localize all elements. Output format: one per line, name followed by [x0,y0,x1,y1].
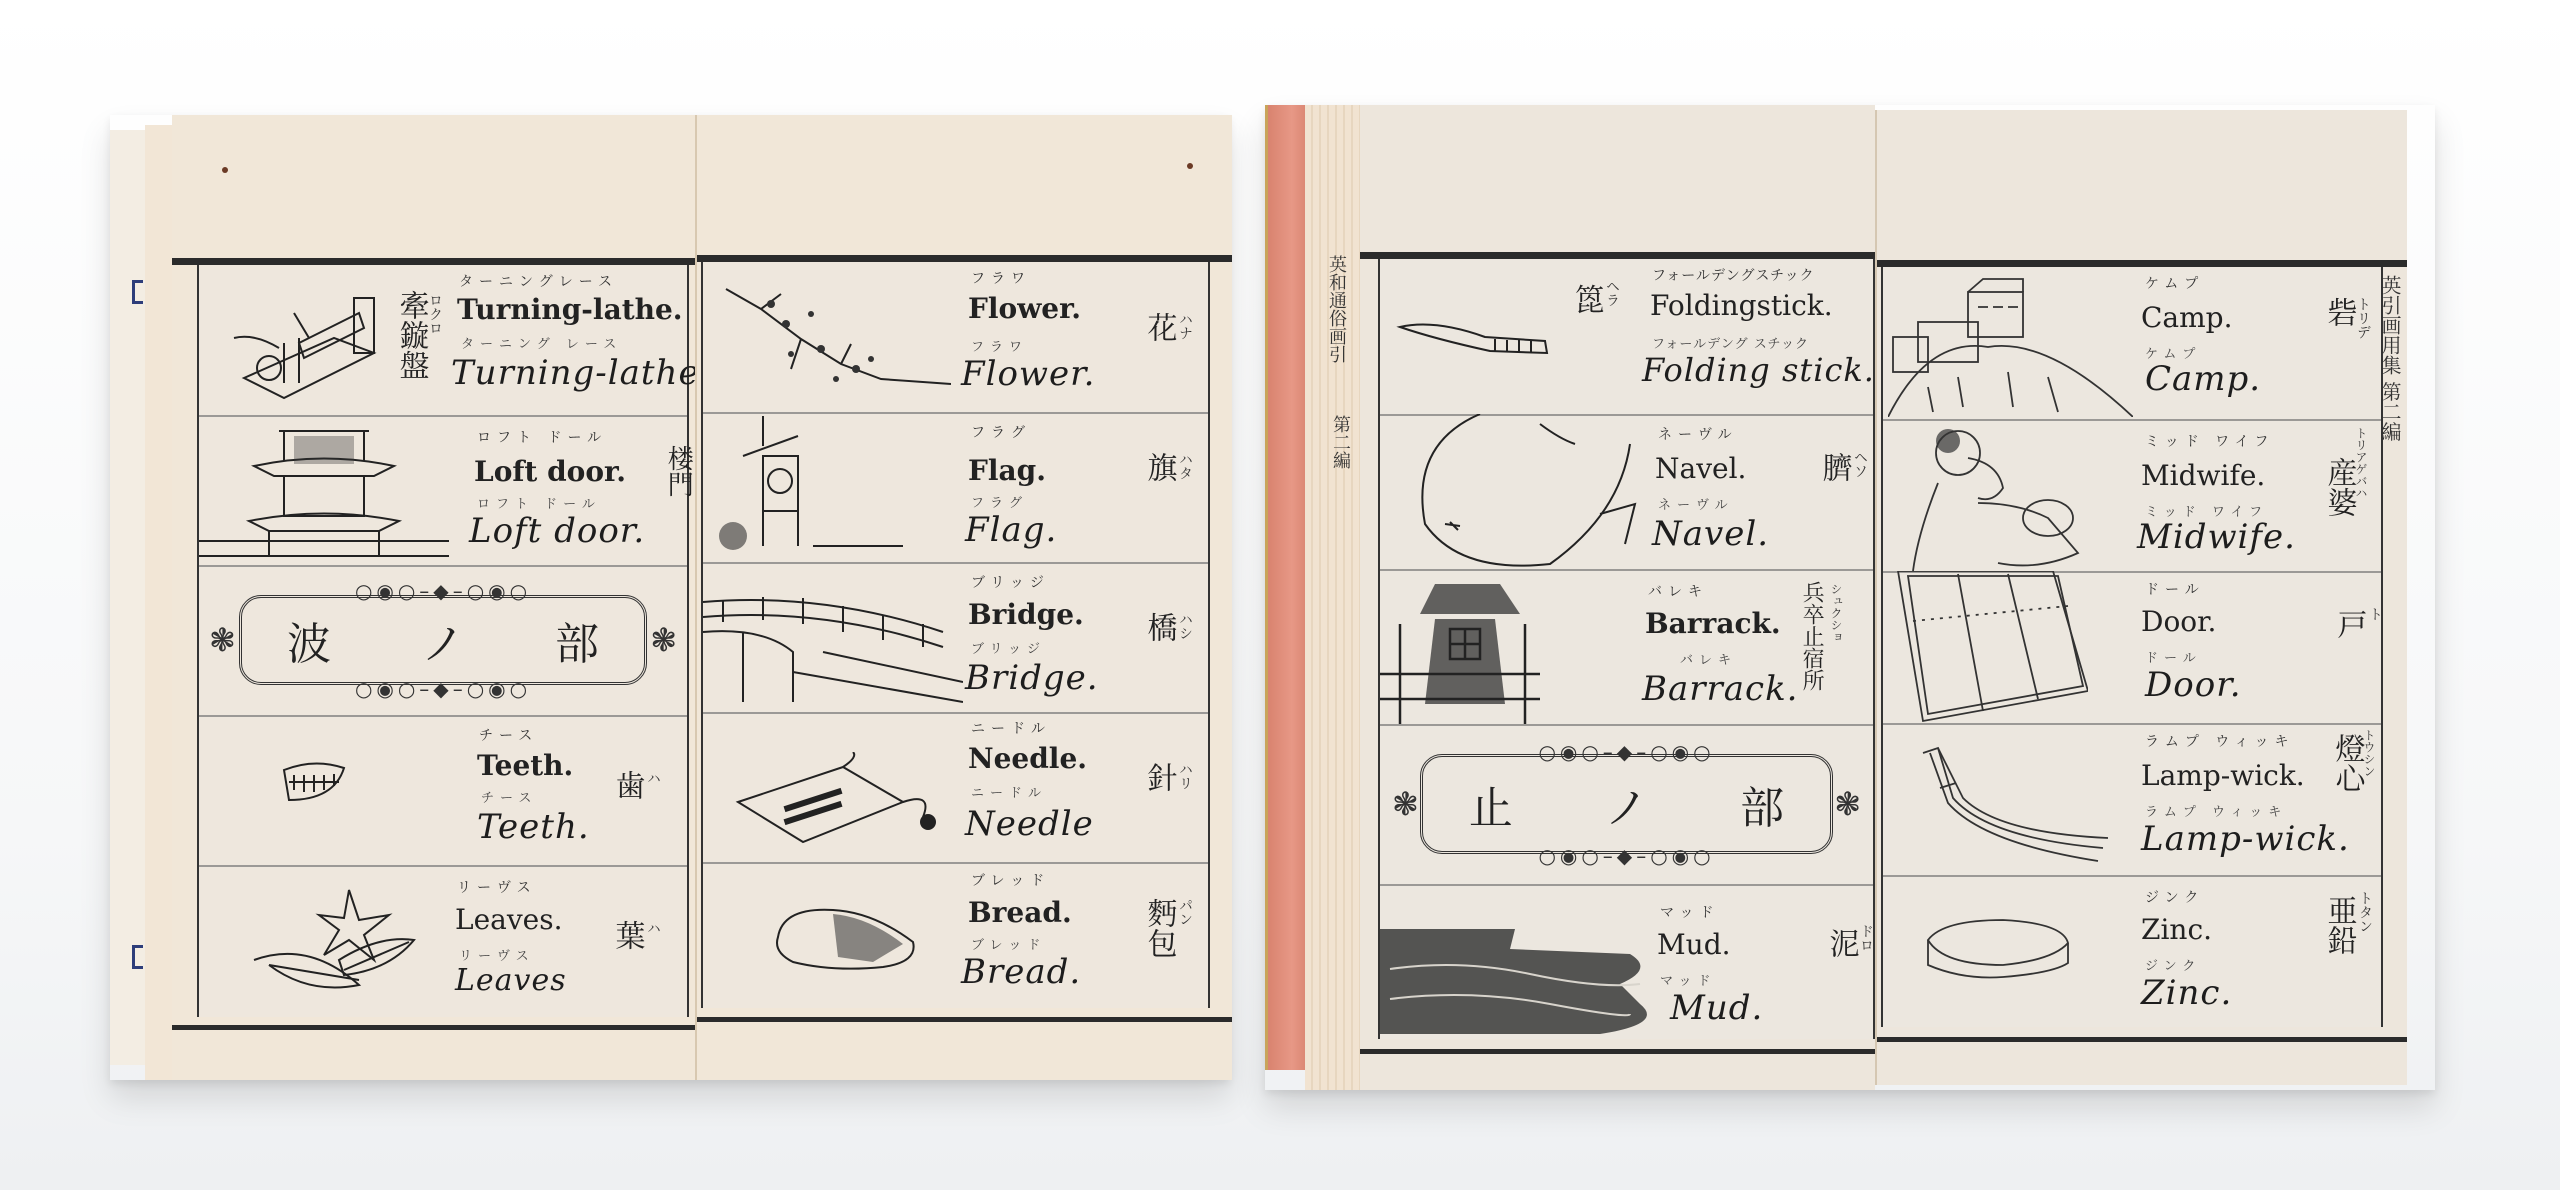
ornament-right: ❃ [650,621,677,659]
katakana-reading: リーヴス [459,945,535,964]
katakana-reading: ネーヴル [1658,424,1738,444]
katakana-reading: ロフト ドール [477,427,607,447]
teeth-illustration [279,760,349,810]
vocab-entry: ドール Door. ドール Door. 戸 ト [1883,571,2381,725]
kanji-reading: トウシン [2361,729,2378,777]
english-script: Flag. [965,510,1057,550]
katakana-reading: チース [481,787,537,806]
right-book: 英和通俗画引 第二編 箆 ヘラ フォールデングスチック Foldingstick… [1265,105,2435,1090]
kanji: 葉 [611,920,643,950]
kanji: 箆 [1570,284,1602,314]
castle-on-hill-illustration [1888,277,2133,417]
katakana-reading: ニードル [971,782,1047,801]
english-word: Teeth. [477,749,573,782]
katakana-reading: フォールデング スチック [1652,333,1809,352]
kanji: 麪包 [1143,898,1175,958]
wormhole [222,167,228,173]
section-char: 部 [555,608,599,672]
vocab-entry: ブレッド Bread. ブレッド Bread. 麪包 パン [703,862,1208,1008]
flag-illustration [713,416,903,556]
entry-column: ロクロ 牽鏇盤 ターニングレース Turning-lathe. ターニング レー… [197,265,689,1017]
vocab-entry: ラムプ ウィッキ Lamp-wick. ラムプ ウィッキ Lamp-wick. … [1883,723,2381,877]
page-stack-edge [1305,105,1361,1090]
katakana-reading: チース [479,725,538,745]
kanji: 橋 [1143,612,1175,642]
kanji: 臍 [1818,452,1850,482]
kanji-reading: パン [1175,898,1195,926]
katakana-reading: ラムプ ウィッキ [2145,731,2294,751]
english-script: Door. [2145,665,2242,705]
vocab-entry: チース Teeth. チース Teeth. 歯 ハ [199,715,687,867]
kanji-reading: トリアゲバハ [2353,427,2370,499]
vocab-entry: ミッド ワイフ Midwife. ミッド ワイフ Midwife. 産婆 トリア… [1883,419,2381,573]
section-header: ○◉○–◆–○◉○ 止 ノ 部 ○◉○–◆–○◉○ ❃ ❃ [1380,724,1873,886]
katakana-reading: ネーヴル [1658,494,1734,513]
kanji-reading: トタン [2355,891,2375,933]
english-word: Flower. [968,292,1081,325]
kanji: 花 [1143,312,1175,342]
vocab-entry: Loft door. ロフト ドール ロフト ドール Loft door. 楼門 [199,415,687,567]
lantern-barrack-illustration [1380,574,1540,724]
katakana-reading: ジンク [2145,887,2204,907]
kanji: 戸 [2333,609,2365,639]
english-word: Bridge. [968,598,1084,631]
english-script: Folding stick. [1642,351,1875,389]
english-word: Barrack. [1645,607,1781,640]
kanji-reading: ヘラ [1602,279,1622,307]
door-panel-illustration [1888,571,2088,723]
vocab-entry: バレキ Barrack. バレキ Barrack. 兵卒止宿所 シュクショ [1380,569,1873,726]
english-word: Midwife. [2141,459,2265,492]
blossom-branch-illustration [721,284,951,394]
gate-tower-illustration [199,421,449,561]
kanji-reading: ハシ [1175,612,1195,640]
kanji-reading: ハ [643,921,663,935]
katakana-reading: ロフト ドール [477,493,601,512]
kanji-reading: ハナ [1175,312,1195,340]
katakana-reading: リーヴス [457,877,537,897]
english-script: Midwife. [2137,517,2296,557]
kanji: 旗 [1143,452,1175,482]
vocab-entry: マッド Mud. マッド Mud. 泥 ドロ [1380,884,1873,1039]
english-word: Mud. [1657,928,1731,961]
english-word: Zinc. [2141,913,2212,946]
katakana-reading: ケムプ [2145,273,2204,293]
english-word: Door. [2141,605,2216,638]
mud-illustration [1380,929,1650,1039]
entry-column: 箆 ヘラ フォールデングスチック Foldingstick. フォールデング ス… [1378,259,1875,1039]
katakana-reading: ドール [2145,579,2205,599]
belly-illustration [1400,414,1640,569]
english-script: Mud. [1670,988,1763,1028]
ornament-bottom: ○◉○–◆–○◉○ [355,677,531,701]
english-script: Zinc. [2141,973,2232,1013]
volume-label-edge: 第二編 [1327,415,1353,469]
katakana-reading: ターニングレース [459,271,618,291]
english-word: Camp. [2141,301,2233,334]
turning-lathe-illustration [224,283,394,403]
bread-loaf-illustration [773,902,923,977]
kanji: 針 [1143,762,1175,792]
english-word: Flag. [968,454,1046,487]
left-book-left-page: ロクロ 牽鏇盤 ターニングレース Turning-lathe. ターニング レー… [172,115,695,1080]
ornament-right: ❃ [1834,785,1861,823]
english-script: Barrack. [1642,669,1798,709]
kanji-reading: ハタ [1175,452,1195,480]
kanji: 亜鉛 [2323,895,2355,955]
left-book-cover-edge [110,130,146,1065]
entry-column: フラワ Flower. フラワ Flower. 花 ハナ フラグ Flag. フ… [701,262,1210,1008]
katakana-reading: マッド [1660,902,1719,922]
kanji-reading: ハ [643,771,663,785]
kanji: 牽鏇盤 [395,290,427,380]
english-script: Camp. [2145,359,2261,399]
vocab-entry: リーヴス Leaves. リーヴス Leaves 葉 ハ [199,865,687,1017]
kanji: 産婆 [2323,457,2355,517]
katakana-reading: ニードル [971,718,1051,738]
red-book-cover [1265,105,1308,1070]
katakana-reading: ブリッジ [971,638,1046,657]
bridge-illustration [703,592,963,707]
english-word: Leaves. [455,903,563,936]
english-script: Bridge. [965,658,1099,698]
running-title-margin: 英引画用集 第二編 [2376,275,2405,635]
english-word: Bread. [968,896,1072,929]
right-book-right-page: ケムプ Camp. ケムプ Camp. 砦 トリデ ミッド ワイフ Midwif… [1875,110,2407,1085]
vocab-entry: ジンク Zinc. ジンク Zinc. 亜鉛 トタン [1883,875,2381,1027]
zinc-ingot-illustration [1923,915,2073,980]
binding-mark [132,945,143,969]
katakana-reading: フラグ [971,492,1028,511]
vocab-entry: ブリッジ Bridge. ブリッジ Bridge. 橋 ハシ [703,562,1208,714]
kanji-reading: シュクショ [1828,583,1845,643]
english-script: Navel. [1652,514,1769,554]
folding-stick-illustration [1395,319,1555,359]
english-word: Navel. [1655,452,1746,485]
english-word: Turning-lathe. [457,293,683,326]
section-char: ノ [1604,772,1648,836]
katakana-reading: フォールデングスチック [1652,265,1815,285]
section-cartouche: 波 ノ 部 [239,595,647,685]
kanji: 燈心 [2331,733,2363,793]
katakana-reading: バレキ [1648,581,1708,601]
section-cartouche: 止 ノ 部 [1420,754,1833,854]
vocab-entry: フラワ Flower. フラワ Flower. 花 ハナ [703,262,1208,414]
katakana-reading: ブレッド [971,870,1050,890]
english-script: Turning-lathe [451,353,700,393]
english-word: Foldingstick. [1650,289,1833,322]
left-book-right-page: フラワ Flower. フラワ Flower. 花 ハナ フラグ Flag. フ… [695,115,1232,1080]
section-char: 波 [287,608,331,672]
section-char: 部 [1740,772,1784,836]
ornament-left: ❃ [1392,785,1419,823]
midwife-with-baby-illustration [1908,423,2098,571]
entry-column: ケムプ Camp. ケムプ Camp. 砦 トリデ ミッド ワイフ Midwif… [1881,267,2383,1027]
wormhole [1187,163,1193,169]
english-word: Needle. [968,742,1087,775]
katakana-reading: ラムプ ウィッキ [2145,801,2287,820]
ornament-bottom: ○◉○–◆–○◉○ [1538,844,1714,868]
english-script: Loft door. [469,511,645,551]
vocab-entry: ケムプ Camp. ケムプ Camp. 砦 トリデ [1883,267,2381,421]
katakana-reading: マッド [1660,970,1716,989]
kanji-reading: ドロ [1856,924,1876,952]
kanji-reading: トリデ [2353,297,2373,339]
needle-packet-illustration [733,752,953,852]
kanji: 砦 [2323,297,2355,327]
katakana-reading: フラワ [971,268,1031,288]
english-script: Leaves [455,963,567,998]
english-script: Lamp-wick. [2141,819,2350,859]
katakana-reading: フラグ [971,422,1031,442]
ornament-left: ❃ [209,621,236,659]
vocab-entry: フラグ Flag. フラグ Flag. 旗 ハタ [703,412,1208,564]
section-char: 止 [1469,772,1513,836]
leaves-illustration [249,880,419,1000]
katakana-reading: バレキ [1680,649,1737,668]
lamp-wick-illustration [1918,743,2108,868]
vocab-entry: ロクロ 牽鏇盤 ターニングレース Turning-lathe. ターニング レー… [199,265,687,417]
right-book-left-page: 箆 ヘラ フォールデングスチック Foldingstick. フォールデング ス… [1360,105,1875,1090]
vocab-entry: ネーヴル Navel. ネーヴル Navel. 臍 ヘソ [1380,414,1873,571]
kanji: 兵卒止宿所 [1800,581,1823,701]
english-script: Flower. [961,354,1095,394]
katakana-reading: フラワ [971,336,1028,355]
section-char: ノ [421,608,465,672]
running-title-edge: 英和通俗画引 [1323,255,1349,363]
vocab-entry: 箆 ヘラ フォールデングスチック Foldingstick. フォールデング ス… [1380,259,1873,416]
english-script: Bread. [961,952,1081,992]
binding-mark [132,280,143,304]
katakana-reading: ブリッジ [971,572,1050,592]
katakana-reading: ドール [2145,647,2202,666]
katakana-reading: ミッド ワイフ [2145,431,2274,451]
kanji-reading: ヘソ [1850,450,1870,478]
vocab-entry: ニードル Needle. ニードル Needle 針 ハリ [703,712,1208,864]
english-script: Teeth. [477,807,590,847]
english-script: Needle [965,804,1094,844]
section-header: ○◉○–◆–○◉○ 波 ノ 部 ○◉○–◆–○◉○ ❃ ❃ [199,565,687,717]
kanji: 泥 [1825,928,1857,958]
english-word: Loft door. [474,455,626,488]
katakana-reading: ターニング レース [461,333,622,352]
katakana-reading: ジンク [2145,955,2201,974]
katakana-reading: ブレッド [971,934,1046,953]
kanji-reading: ハリ [1175,762,1195,790]
kanji: 歯 [611,770,643,800]
kanji: 楼門 [664,445,691,497]
left-book: ロクロ 牽鏇盤 ターニングレース Turning-lathe. ターニング レー… [110,115,1230,1080]
english-word: Lamp-wick. [2141,759,2305,792]
